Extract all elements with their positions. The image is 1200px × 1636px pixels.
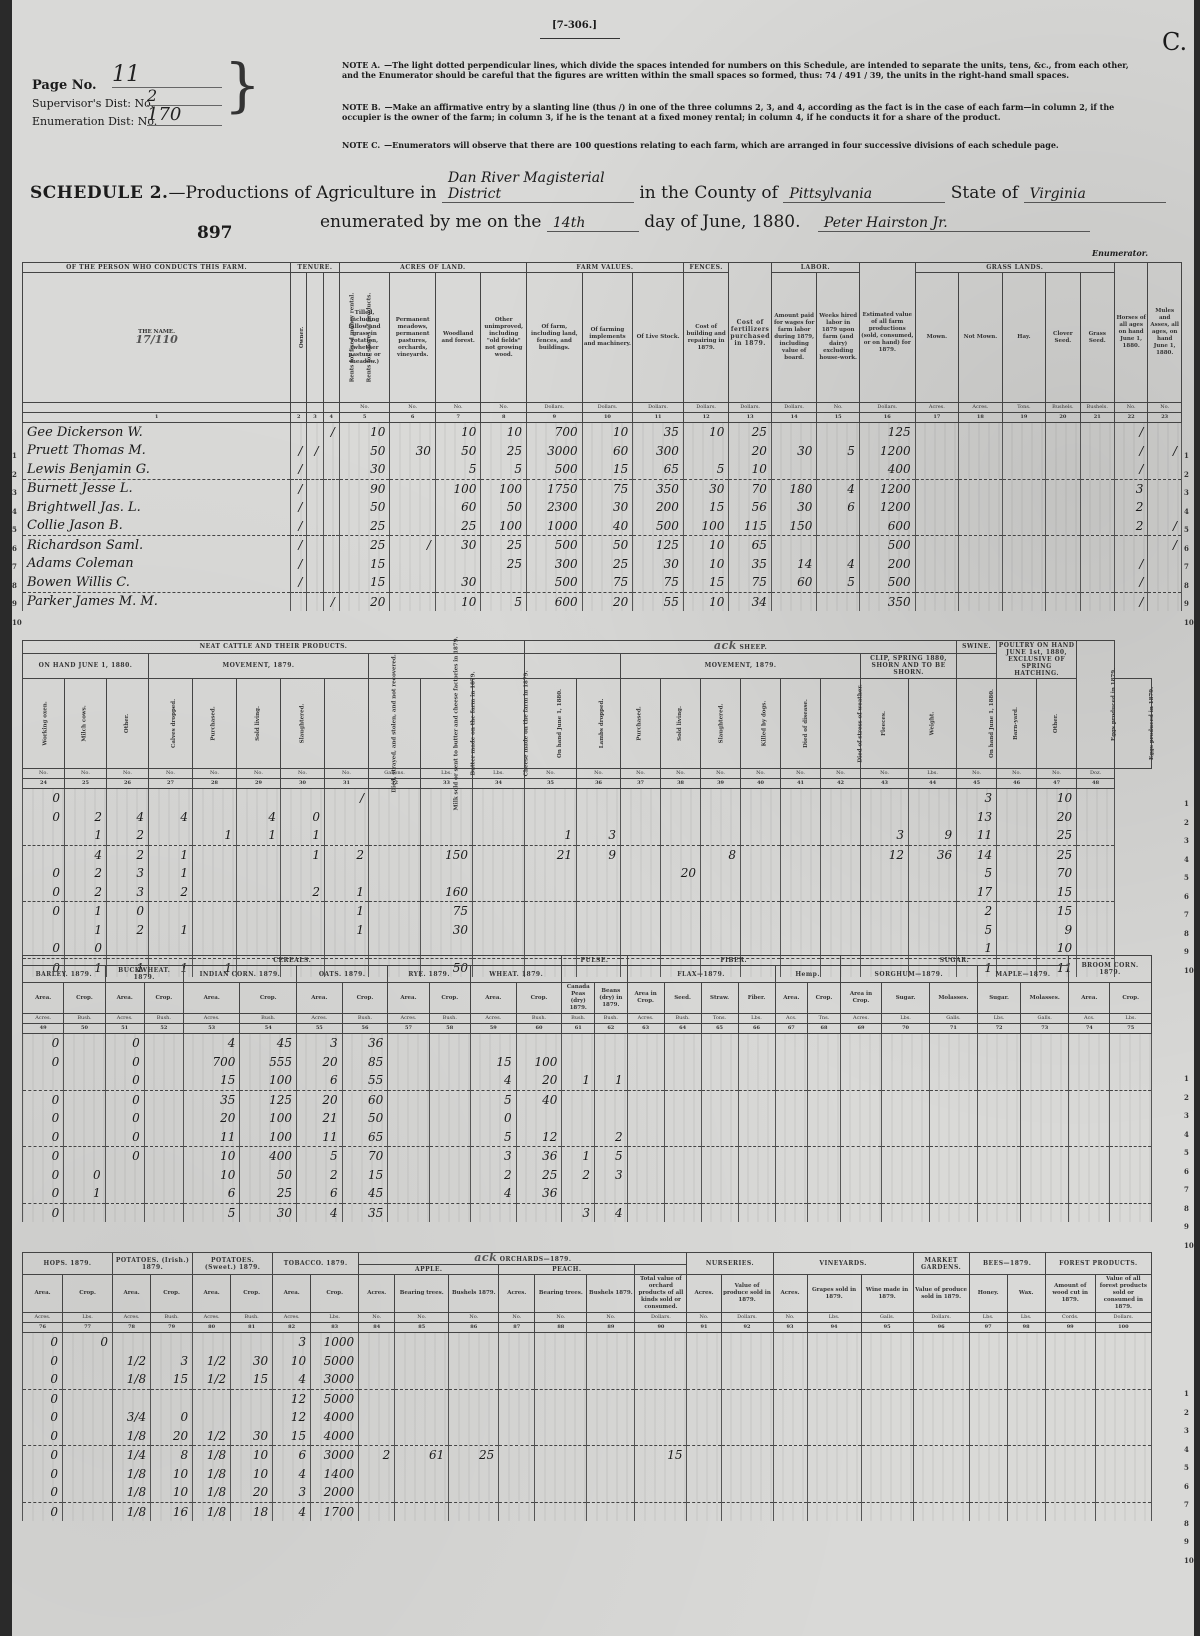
cell-c36 bbox=[577, 808, 621, 827]
cell-c10: 75 bbox=[582, 479, 633, 498]
cell-c55: 20 bbox=[296, 1053, 342, 1072]
col70-number: 70 bbox=[882, 1024, 930, 1034]
col74-number: 74 bbox=[1069, 1024, 1110, 1034]
cell-c32 bbox=[369, 845, 421, 864]
cell-c10: 10 bbox=[582, 423, 633, 442]
col36-number: 36 bbox=[577, 779, 621, 789]
col38-number: 38 bbox=[661, 779, 701, 789]
row-number: 1 bbox=[12, 447, 22, 466]
cell-c32 bbox=[369, 808, 421, 827]
cell-c48 bbox=[1077, 845, 1115, 864]
col66-header: Fiber. bbox=[738, 983, 775, 1014]
col29-number: 29 bbox=[237, 779, 281, 789]
cell-c92 bbox=[721, 1427, 773, 1446]
col94-unit: Lbs. bbox=[807, 1313, 861, 1323]
cell-c7: 50 bbox=[435, 442, 481, 461]
corner-letter: C. bbox=[1162, 28, 1187, 56]
cell-c46 bbox=[997, 826, 1037, 845]
cell-c42 bbox=[821, 883, 861, 902]
cell-c54: 25 bbox=[240, 1184, 297, 1203]
cell-c88 bbox=[535, 1502, 587, 1521]
col60-number: 60 bbox=[516, 1024, 562, 1034]
cell-c22: / bbox=[1114, 460, 1147, 479]
col42-unit: No. bbox=[821, 769, 861, 779]
cell-c45: 2 bbox=[957, 902, 997, 921]
enumeration-dist-label: Enumeration Dist: No. bbox=[32, 115, 157, 128]
col19-header: Hay. bbox=[1002, 273, 1046, 403]
table-row: 01/8151/21543000 bbox=[23, 1370, 1152, 1389]
col94-header: Grapes sold in 1879. bbox=[807, 1275, 861, 1313]
col20-number: 20 bbox=[1046, 413, 1080, 423]
cell-c52 bbox=[144, 1128, 183, 1147]
cell-c50 bbox=[64, 1128, 105, 1147]
col7-header: Woodland and forest. bbox=[435, 273, 481, 403]
row-numbers-right-3: 12345678910 bbox=[1184, 1070, 1194, 1255]
cell-c2: / bbox=[291, 498, 307, 517]
group-apple: APPLE. bbox=[359, 1265, 499, 1275]
cell-c21 bbox=[1080, 592, 1114, 611]
cell-c99 bbox=[1045, 1352, 1095, 1371]
cell-c11: 55 bbox=[633, 592, 684, 611]
cell-c12: 10 bbox=[683, 592, 729, 611]
cell-c74 bbox=[1069, 1166, 1110, 1185]
col23-unit: No. bbox=[1148, 403, 1182, 413]
table-row: 0125000 bbox=[23, 1389, 1152, 1408]
cell-c83: 4000 bbox=[311, 1408, 359, 1427]
col38-header: Sold living. bbox=[661, 679, 701, 769]
cell-c66 bbox=[738, 1166, 775, 1185]
cell-c23 bbox=[1148, 573, 1182, 592]
col75-number: 75 bbox=[1110, 1024, 1152, 1034]
cell-c48 bbox=[1077, 864, 1115, 883]
cell-c26: 3 bbox=[107, 864, 149, 883]
cell-c69 bbox=[840, 1090, 881, 1109]
cell-c51: 0 bbox=[105, 1053, 144, 1072]
row-number: 3 bbox=[1184, 832, 1194, 851]
col55-unit: Acres. bbox=[296, 1014, 342, 1024]
cell-c77: 0 bbox=[63, 1333, 113, 1352]
cell-c48 bbox=[1077, 883, 1115, 902]
cell-c68 bbox=[808, 1034, 841, 1053]
col79-number: 79 bbox=[151, 1323, 193, 1333]
cell-c81: 15 bbox=[231, 1370, 273, 1389]
cell-c70 bbox=[882, 1166, 930, 1185]
cell-c69 bbox=[840, 1071, 881, 1090]
col21-header: Grass Seed. bbox=[1080, 273, 1114, 403]
row-number: 10 bbox=[1184, 614, 1194, 633]
cell-c13: 115 bbox=[729, 517, 772, 536]
cell-c20 bbox=[1046, 555, 1080, 574]
cell-c40 bbox=[741, 826, 781, 845]
cell-c16: 600 bbox=[859, 517, 915, 536]
cell-c68 bbox=[808, 1128, 841, 1147]
cell-c29 bbox=[237, 789, 281, 808]
cell-c95 bbox=[861, 1483, 913, 1502]
group-flax: FLAX—1879. bbox=[627, 966, 775, 983]
cell-c93 bbox=[773, 1427, 807, 1446]
cell-c46 bbox=[997, 883, 1037, 902]
cell-c92 bbox=[721, 1352, 773, 1371]
col63-number: 63 bbox=[627, 1024, 664, 1034]
cell-c29: 4 bbox=[237, 808, 281, 827]
cell-c91 bbox=[687, 1427, 721, 1446]
farmer-name-cell: Parker James M. M. bbox=[23, 592, 291, 611]
cell-c89 bbox=[587, 1446, 635, 1465]
cell-c80: 1/8 bbox=[193, 1446, 231, 1465]
cell-c17 bbox=[915, 555, 959, 574]
cell-c53: 10 bbox=[183, 1166, 240, 1185]
col72-header: Sugar. bbox=[977, 983, 1020, 1014]
col5-header: Tilled, including fallow and grass in ro… bbox=[339, 273, 390, 403]
cell-c57 bbox=[388, 1128, 429, 1147]
row-number: 4 bbox=[1184, 1441, 1194, 1460]
col4-number: 4 bbox=[323, 413, 339, 423]
cell-c26: 2 bbox=[107, 921, 149, 940]
cell-c87 bbox=[499, 1483, 535, 1502]
col91-unit: No. bbox=[687, 1313, 721, 1323]
cell-c30: 2 bbox=[281, 883, 325, 902]
cell-c47: 15 bbox=[1037, 883, 1077, 902]
cell-c18 bbox=[959, 592, 1003, 611]
table-row: 0244401320 bbox=[23, 808, 1152, 827]
col8-header: Other unimproved, including "old fields"… bbox=[481, 273, 527, 403]
cell-c91 bbox=[687, 1333, 721, 1352]
cell-c32 bbox=[369, 921, 421, 940]
farmer-name-cell: Lewis Benjamin G. bbox=[23, 460, 291, 479]
state-field: Virginia bbox=[1024, 186, 1166, 203]
cell-c2 bbox=[291, 423, 307, 442]
col99-header: Amount of wood cut in 1879. bbox=[1045, 1275, 1095, 1313]
cell-c73 bbox=[1021, 1203, 1069, 1222]
col86-unit: No. bbox=[449, 1313, 499, 1323]
cell-c32 bbox=[369, 902, 421, 921]
cell-c76: 0 bbox=[23, 1502, 63, 1521]
cell-c3 bbox=[307, 555, 323, 574]
col56-number: 56 bbox=[342, 1024, 388, 1034]
cell-c89 bbox=[587, 1483, 635, 1502]
cell-c67 bbox=[775, 1184, 808, 1203]
cell-c27 bbox=[149, 789, 193, 808]
cell-c88 bbox=[535, 1352, 587, 1371]
cell-c2 bbox=[291, 592, 307, 611]
farmer-name-cell: Richardson Saml. bbox=[23, 536, 291, 555]
cell-c70 bbox=[882, 1090, 930, 1109]
cell-c42 bbox=[821, 826, 861, 845]
cell-c65 bbox=[701, 1184, 738, 1203]
row-number: 2 bbox=[1184, 814, 1194, 833]
cell-c75 bbox=[1110, 1147, 1152, 1166]
col29-unit: No. bbox=[237, 769, 281, 779]
cell-c49 bbox=[23, 1071, 64, 1090]
cell-c90 bbox=[635, 1483, 687, 1502]
cell-c20 bbox=[1046, 442, 1080, 461]
col92-unit: Dollars. bbox=[721, 1313, 773, 1323]
cell-c32 bbox=[369, 826, 421, 845]
col61-number: 61 bbox=[562, 1024, 595, 1034]
cell-c96 bbox=[913, 1427, 969, 1446]
cell-c8: 10 bbox=[481, 423, 527, 442]
cell-c7: 100 bbox=[435, 479, 481, 498]
cell-c9: 600 bbox=[526, 592, 582, 611]
col76-number: 76 bbox=[23, 1323, 63, 1333]
cell-c14 bbox=[771, 460, 817, 479]
cell-c61 bbox=[562, 1090, 595, 1109]
cell-c13: 25 bbox=[729, 423, 772, 442]
cell-c11: 75 bbox=[633, 573, 684, 592]
group-indian-corn: INDIAN CORN. 1879. bbox=[183, 966, 296, 983]
cell-c4: / bbox=[323, 423, 339, 442]
cell-c58 bbox=[429, 1147, 470, 1166]
cell-c18 bbox=[959, 573, 1003, 592]
cell-c92 bbox=[721, 1446, 773, 1465]
cell-c76: 0 bbox=[23, 1408, 63, 1427]
cell-c66 bbox=[738, 1128, 775, 1147]
group-sorghum: SORGHUM—1879. bbox=[840, 966, 977, 983]
cell-c77 bbox=[63, 1427, 113, 1446]
cell-c14: 60 bbox=[771, 573, 817, 592]
group-poultry: POULTRY ON HAND JUNE 1st, 1880, EXCLUSIV… bbox=[997, 641, 1077, 679]
cell-c49: 0 bbox=[23, 1128, 64, 1147]
cell-c24 bbox=[23, 921, 65, 940]
cell-c81: 10 bbox=[231, 1465, 273, 1484]
row-number: 10 bbox=[1184, 1552, 1194, 1571]
margin-note: 17/110 bbox=[135, 333, 177, 346]
col23-number: 23 bbox=[1148, 413, 1182, 423]
cell-c34 bbox=[473, 864, 525, 883]
cell-c61: 1 bbox=[562, 1071, 595, 1090]
cell-c44 bbox=[909, 883, 957, 902]
group-tenure: TENURE. bbox=[291, 263, 340, 273]
cell-c2: / bbox=[291, 536, 307, 555]
cell-c15 bbox=[817, 423, 860, 442]
cell-c99 bbox=[1045, 1389, 1095, 1408]
cell-c67 bbox=[775, 1053, 808, 1072]
section2-livestock-table: NEAT CATTLE AND THEIR PRODUCTS. ack SHEE… bbox=[22, 640, 1152, 977]
cell-c3 bbox=[307, 498, 323, 517]
group-swine: SWINE. bbox=[957, 641, 997, 654]
cell-c5: 15 bbox=[339, 555, 390, 574]
col44-unit: Lbs. bbox=[909, 769, 957, 779]
cell-c42 bbox=[821, 808, 861, 827]
cell-c59 bbox=[470, 1034, 516, 1053]
cell-c68 bbox=[808, 1184, 841, 1203]
cell-c8: 100 bbox=[481, 517, 527, 536]
group-wheat: WHEAT. 1879. bbox=[470, 966, 561, 983]
row-number: 5 bbox=[1184, 869, 1194, 888]
cell-c69 bbox=[840, 1034, 881, 1053]
cell-c51: 0 bbox=[105, 1147, 144, 1166]
cell-c49: 0 bbox=[23, 1147, 64, 1166]
col69-unit: Acres. bbox=[840, 1014, 881, 1024]
group-sugar: SUGAR. bbox=[840, 956, 1068, 966]
col98-unit: Lbs. bbox=[1007, 1313, 1045, 1323]
col99-number: 99 bbox=[1045, 1323, 1095, 1333]
col65-header: Straw. bbox=[701, 983, 738, 1014]
col23-header: Mules and Asses, all ages, on hand June … bbox=[1148, 263, 1182, 403]
cell-c74 bbox=[1069, 1128, 1110, 1147]
cell-c19 bbox=[1002, 573, 1046, 592]
cell-c79: 10 bbox=[151, 1483, 193, 1502]
cell-c55: 11 bbox=[296, 1128, 342, 1147]
col44-number: 44 bbox=[909, 779, 957, 789]
row-number: 4 bbox=[12, 503, 22, 522]
cell-c92 bbox=[721, 1502, 773, 1521]
cell-c97 bbox=[969, 1483, 1007, 1502]
cell-c80: 1/2 bbox=[193, 1352, 231, 1371]
cell-c23 bbox=[1148, 423, 1182, 442]
cell-c53: 11 bbox=[183, 1128, 240, 1147]
cell-c10: 30 bbox=[582, 498, 633, 517]
row-number: 7 bbox=[1184, 906, 1194, 925]
cell-c25: 2 bbox=[65, 883, 107, 902]
cell-c71 bbox=[929, 1203, 977, 1222]
col60-header: Crop. bbox=[516, 983, 562, 1014]
cell-c31 bbox=[325, 826, 369, 845]
cell-c76: 0 bbox=[23, 1370, 63, 1389]
cell-c98 bbox=[1007, 1389, 1045, 1408]
cell-c26: 3 bbox=[107, 883, 149, 902]
cell-c83: 1400 bbox=[311, 1465, 359, 1484]
row-number: 9 bbox=[1184, 595, 1194, 614]
cell-c72 bbox=[977, 1090, 1020, 1109]
cell-c12: 15 bbox=[683, 573, 729, 592]
col67-number: 67 bbox=[775, 1024, 808, 1034]
row-number: 8 bbox=[12, 577, 22, 596]
cell-c63 bbox=[627, 1034, 664, 1053]
cell-c88 bbox=[535, 1483, 587, 1502]
cell-c71 bbox=[929, 1166, 977, 1185]
cell-c18 bbox=[959, 442, 1003, 461]
col12-number: 12 bbox=[683, 413, 729, 423]
cell-c61 bbox=[562, 1053, 595, 1072]
cell-c77 bbox=[63, 1502, 113, 1521]
cell-c69 bbox=[840, 1128, 881, 1147]
cell-c20 bbox=[1046, 517, 1080, 536]
col50-unit: Bush. bbox=[64, 1014, 105, 1024]
col73-header: Molasses. bbox=[1021, 983, 1069, 1014]
cell-c58 bbox=[429, 1166, 470, 1185]
col5-number: 5 bbox=[339, 413, 390, 423]
col76-header: Area. bbox=[23, 1275, 63, 1313]
cell-c33 bbox=[421, 789, 473, 808]
cell-c50 bbox=[64, 1203, 105, 1222]
col77-unit: Lbs. bbox=[63, 1313, 113, 1323]
col69-header: Area in Crop. bbox=[840, 983, 881, 1014]
cell-c32 bbox=[369, 883, 421, 902]
cell-c17 bbox=[915, 536, 959, 555]
cell-c48 bbox=[1077, 826, 1115, 845]
row-number: 10 bbox=[1184, 1237, 1194, 1256]
col5-unit: No. bbox=[339, 403, 390, 413]
cell-c80: 1/8 bbox=[193, 1483, 231, 1502]
cell-c57 bbox=[388, 1184, 429, 1203]
cell-c14: 30 bbox=[771, 442, 817, 461]
col13-number: 13 bbox=[729, 413, 772, 423]
cell-c73 bbox=[1021, 1090, 1069, 1109]
col40-number: 40 bbox=[741, 779, 781, 789]
cell-c34 bbox=[473, 921, 525, 940]
col15-unit: No. bbox=[817, 403, 860, 413]
farmer-name-cell: Bowen Willis C. bbox=[23, 573, 291, 592]
cell-c48 bbox=[1077, 789, 1115, 808]
cell-c92 bbox=[721, 1389, 773, 1408]
cell-c8: 100 bbox=[481, 479, 527, 498]
cell-c19 bbox=[1002, 536, 1046, 555]
cell-c42 bbox=[821, 902, 861, 921]
cell-c47: 15 bbox=[1037, 902, 1077, 921]
cell-c84 bbox=[359, 1465, 395, 1484]
enumeration-date-line: enumerated by me on the 14th day of June… bbox=[320, 212, 1090, 232]
col80-header: Area. bbox=[193, 1275, 231, 1313]
row-number: 6 bbox=[12, 540, 22, 559]
cell-c5: 20 bbox=[339, 592, 390, 611]
cell-c96 bbox=[913, 1483, 969, 1502]
cell-c12 bbox=[683, 442, 729, 461]
cell-c78: 1/8 bbox=[113, 1427, 151, 1446]
cell-c41 bbox=[781, 845, 821, 864]
cell-c59: 3 bbox=[470, 1147, 516, 1166]
cell-c77 bbox=[63, 1483, 113, 1502]
col90-header: Total value of orchard products of all k… bbox=[635, 1275, 687, 1313]
col62-number: 62 bbox=[595, 1024, 628, 1034]
cell-c87 bbox=[499, 1465, 535, 1484]
cell-c87 bbox=[499, 1502, 535, 1521]
cell-c32 bbox=[369, 864, 421, 883]
cell-c59: 2 bbox=[470, 1166, 516, 1185]
cell-c98 bbox=[1007, 1333, 1045, 1352]
cell-c47: 20 bbox=[1037, 808, 1077, 827]
cell-c28 bbox=[193, 845, 237, 864]
cell-c29: 1 bbox=[237, 826, 281, 845]
cell-c88 bbox=[535, 1370, 587, 1389]
group-farm-values: FARM VALUES. bbox=[526, 263, 683, 273]
col26-unit: No. bbox=[107, 769, 149, 779]
col58-unit: Bush. bbox=[429, 1014, 470, 1024]
cell-c96 bbox=[913, 1446, 969, 1465]
cell-c90 bbox=[635, 1389, 687, 1408]
col2-unit bbox=[291, 403, 307, 413]
cell-c2: / bbox=[291, 517, 307, 536]
cell-c93 bbox=[773, 1389, 807, 1408]
col48-number: 48 bbox=[1077, 779, 1115, 789]
cell-c64 bbox=[664, 1128, 701, 1147]
form-code-rule bbox=[540, 38, 620, 39]
cell-c38 bbox=[661, 921, 701, 940]
cell-c60 bbox=[516, 1203, 562, 1222]
row-number: 4 bbox=[1184, 1126, 1194, 1145]
cell-c79: 0 bbox=[151, 1408, 193, 1427]
cell-c56: 50 bbox=[342, 1109, 388, 1128]
cell-c40 bbox=[741, 921, 781, 940]
group-buckwheat: BUCKWHEAT. 1879. bbox=[105, 966, 183, 983]
cell-c19 bbox=[1002, 442, 1046, 461]
cell-c19 bbox=[1002, 555, 1046, 574]
col33-unit: Lbs. bbox=[421, 769, 473, 779]
row-number: 8 bbox=[1184, 577, 1194, 596]
cell-c37 bbox=[621, 883, 661, 902]
group-maple: MAPLE—1879. bbox=[977, 966, 1068, 983]
col7-unit: No. bbox=[435, 403, 481, 413]
col76-unit: Acres. bbox=[23, 1313, 63, 1323]
col97-unit: Lbs. bbox=[969, 1313, 1007, 1323]
cell-c73 bbox=[1021, 1147, 1069, 1166]
cell-c66 bbox=[738, 1090, 775, 1109]
cell-c42 bbox=[821, 789, 861, 808]
col88-unit: No. bbox=[535, 1313, 587, 1323]
cell-c75 bbox=[1110, 1090, 1152, 1109]
cell-c57 bbox=[388, 1166, 429, 1185]
col24-header: Working oxen. bbox=[23, 679, 65, 769]
